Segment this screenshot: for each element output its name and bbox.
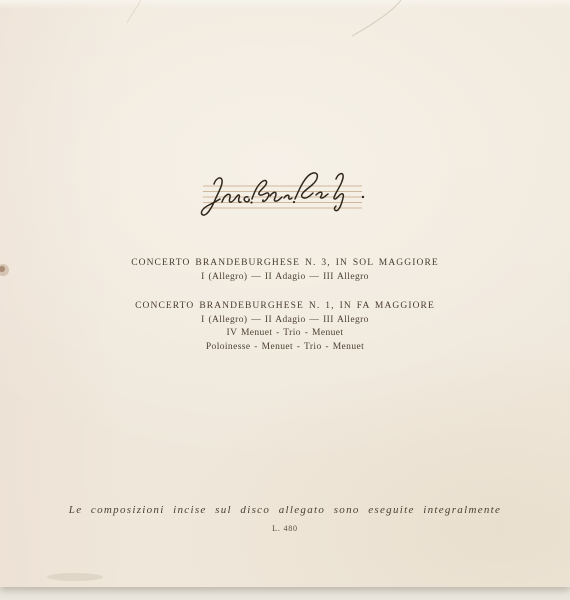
tracklist: CONCERTO BRANDEBURGHESE N. 3, IN SOL MAG…	[0, 256, 570, 354]
concerto-3-section: CONCERTO BRANDEBURGHESE N. 3, IN SOL MAG…	[0, 256, 570, 285]
concerto-1-movements-line-3: Poloinesse - Menuet - Trio - Menuet	[0, 341, 570, 355]
concerto-1-movements-line-1: I (Allegro) — II Adagio — III Allegro	[0, 314, 570, 328]
record-sleeve-back: CONCERTO BRANDEBURGHESE N. 3, IN SOL MAG…	[0, 0, 570, 600]
concerto-1-title: CONCERTO BRANDEBURGHESE N. 1, IN FA MAGG…	[0, 299, 570, 314]
price-label: L. 480	[0, 524, 570, 533]
integral-performance-note: Le composizioni incise sul disco allegat…	[0, 503, 570, 517]
signature-graphic	[190, 166, 380, 226]
concerto-3-movements: I (Allegro) — II Adagio — III Allegro	[0, 271, 570, 285]
bach-signature	[190, 166, 380, 226]
concerto-3-title: CONCERTO BRANDEBURGHESE N. 3, IN SOL MAG…	[0, 256, 570, 271]
footer: Le composizioni incise sul disco allegat…	[0, 503, 570, 533]
concerto-1-movements-line-2: IV Menuet - Trio - Menuet	[0, 327, 570, 341]
concerto-1-section: CONCERTO BRANDEBURGHESE N. 1, IN FA MAGG…	[0, 299, 570, 355]
signature-ink	[201, 173, 364, 215]
